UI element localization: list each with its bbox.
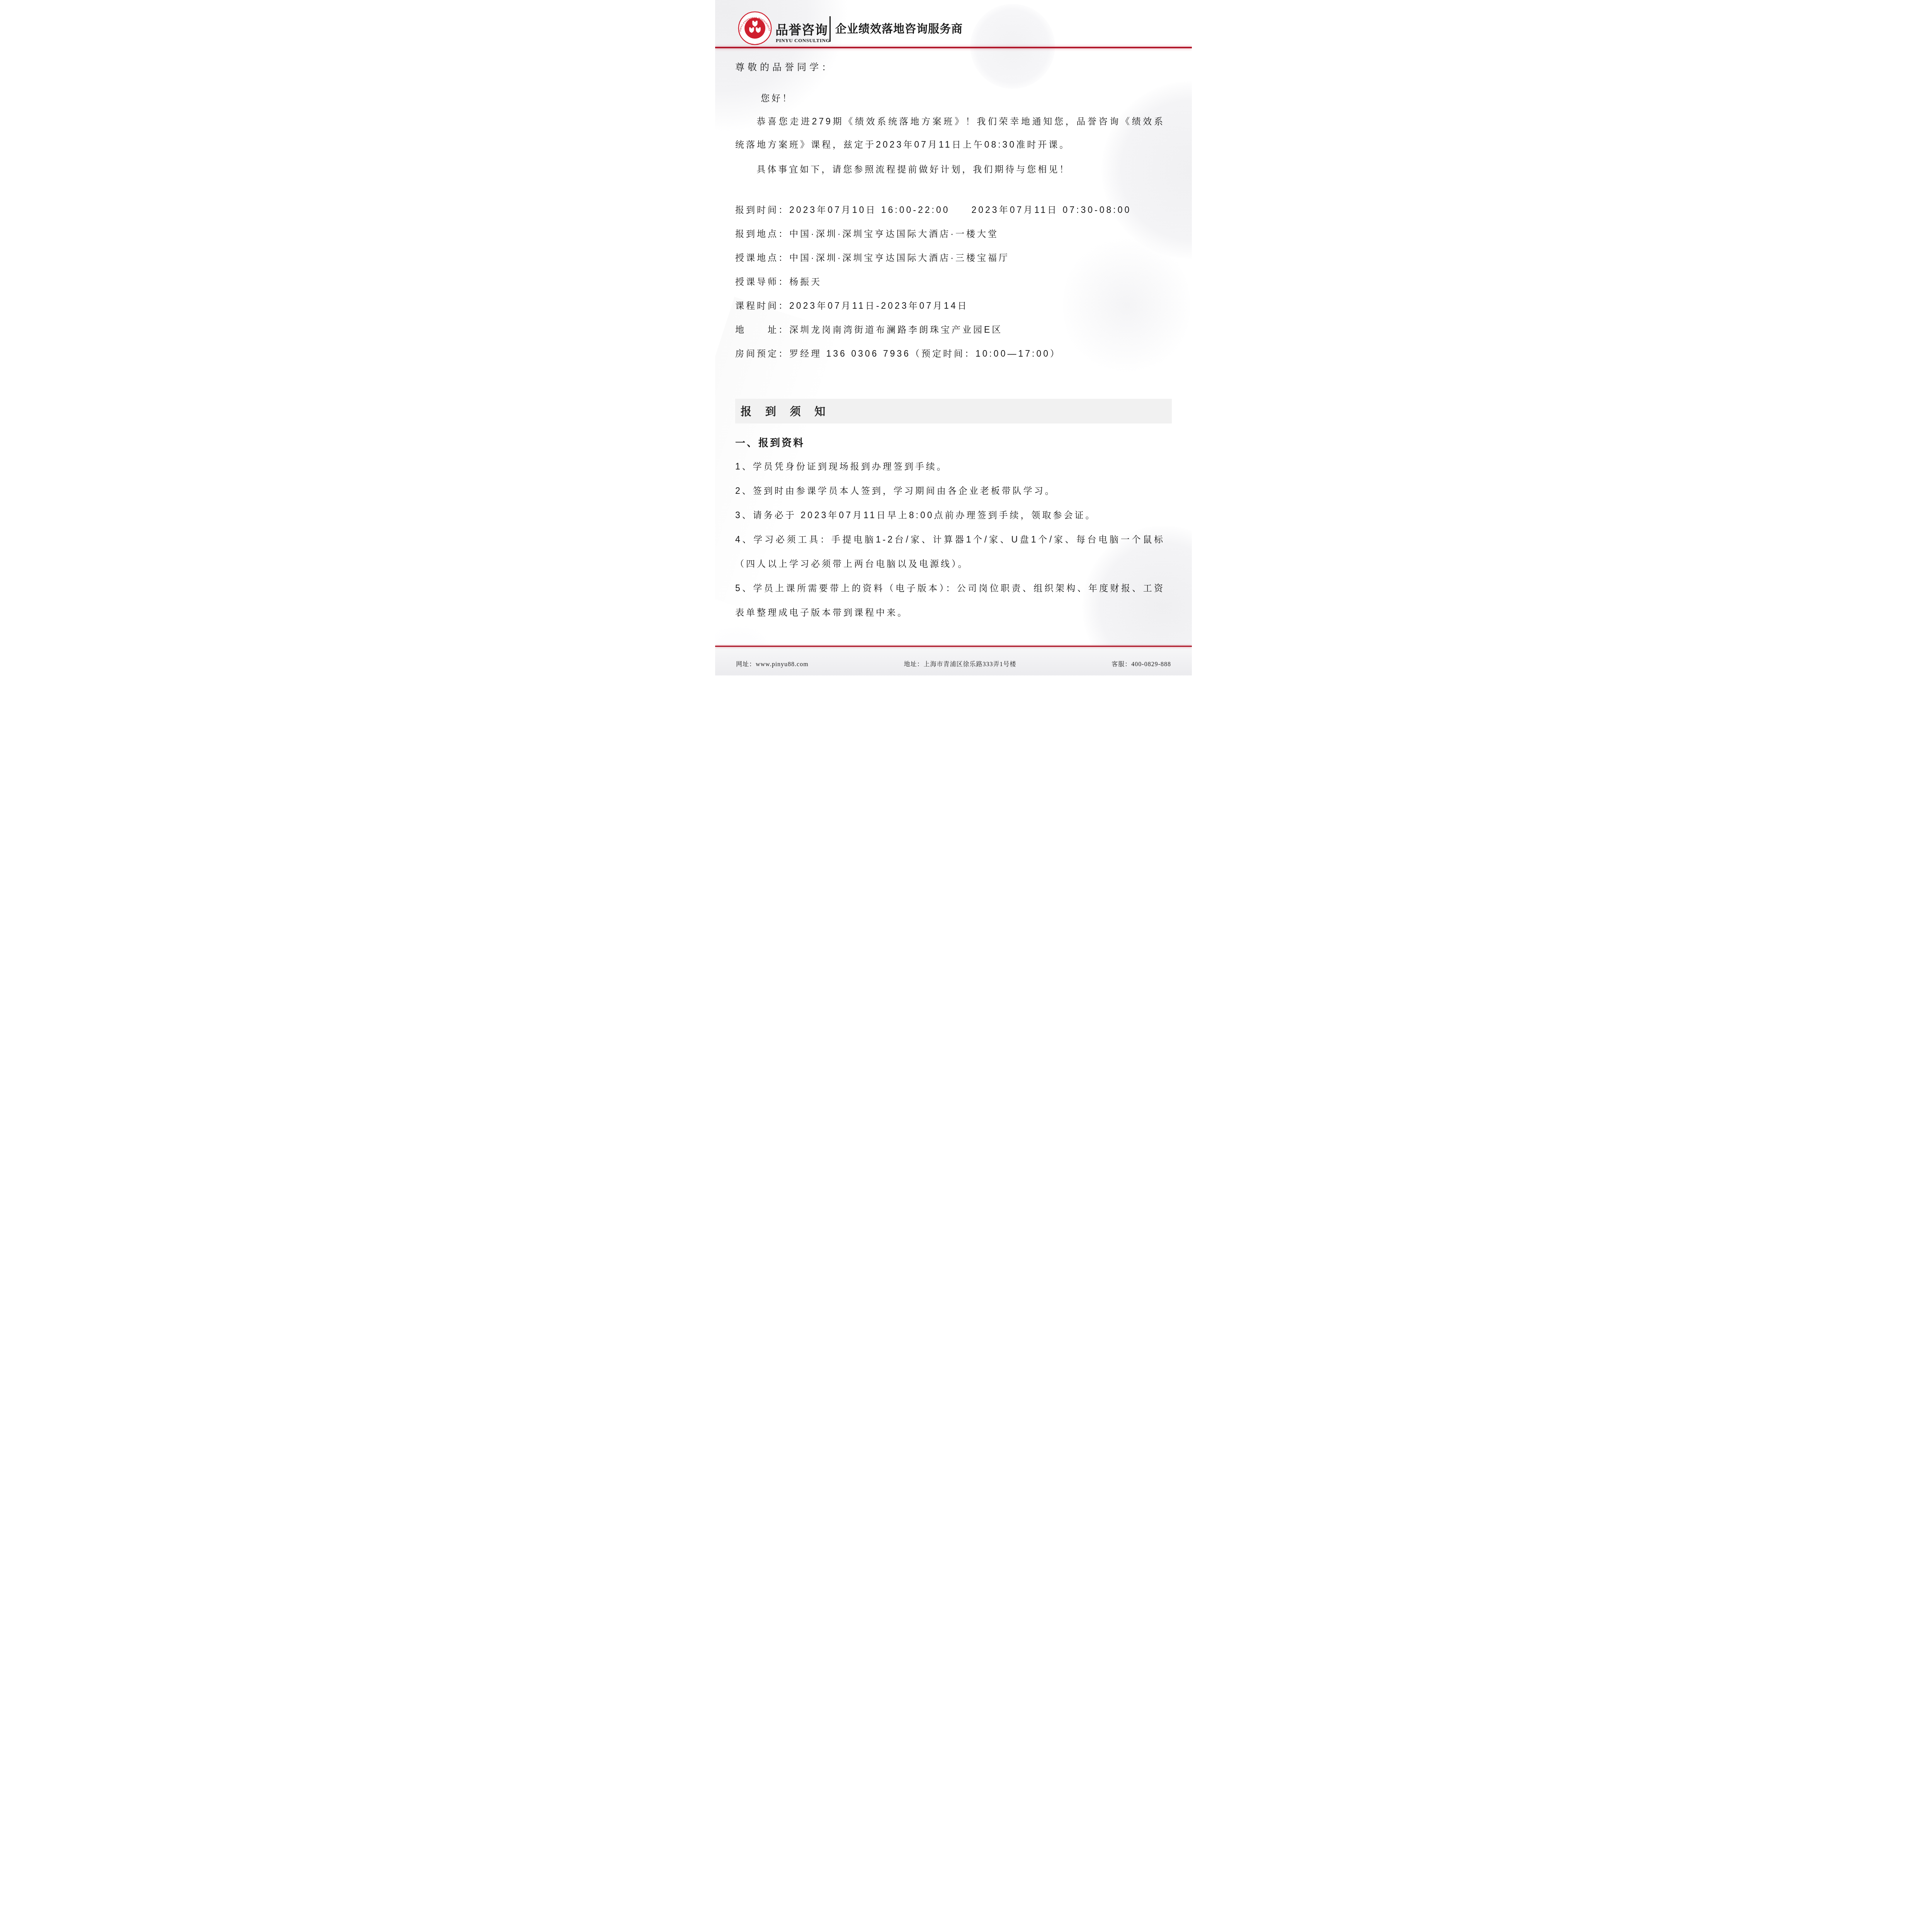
- notice-item-2: 2、签到时由参课学员本人签到，学习期间由各企业老板带队学习。: [735, 479, 1165, 503]
- notice-banner-title: 报 到 须 知: [735, 403, 831, 419]
- footer-red-rule: [715, 646, 1192, 647]
- section-title-materials: 一、报到资料: [735, 435, 805, 451]
- header: PINYU ENTERPRISE MANAGEMENT 2014 品誉咨询 PI…: [715, 0, 1192, 47]
- info-value: 杨振天: [789, 277, 822, 287]
- info-value: 2023年07月11日-2023年07月14日: [789, 301, 969, 311]
- info-value: 深圳龙岗南湾街道布澜路李朗珠宝产业园E区: [789, 325, 1003, 335]
- info-row-room-booking: 房间预定：罗经理 136 0306 7936（预定时间：10:00—17:00）: [735, 342, 1172, 366]
- brand-divider: [829, 16, 831, 42]
- info-label: 课程时间：: [735, 301, 789, 311]
- info-row-address: 地 址：深圳龙岗南湾街道布澜路李朗珠宝产业园E区: [735, 318, 1172, 342]
- notice-item-3: 3、请务必于 2023年07月11日早上8:00点前办理签到手续，领取参会证。: [735, 503, 1165, 527]
- letter-paragraph-1: 恭喜您走进279期《绩效系统落地方案班》！我们荣幸地通知您，品誉咨询《绩效系统落…: [735, 110, 1165, 156]
- brand-name-en: PINYU CONSULTING: [776, 37, 830, 44]
- brand-name-cn: 品誉咨询: [775, 22, 828, 38]
- salutation: 尊敬的品誉同学：: [735, 61, 1164, 74]
- footer: 网址：www.pinyu88.com 地址：上海市青浦区徐乐路333弄1号楼 客…: [715, 659, 1192, 668]
- course-info-list: 报到时间：2023年07月10日 16:00-22:00 2023年07月11日…: [735, 198, 1172, 366]
- info-row-checkin-place: 报到地点：中国·深圳·深圳宝亨达国际大酒店·一楼大堂: [735, 222, 1172, 246]
- info-row-course-time: 课程时间：2023年07月11日-2023年07月14日: [735, 294, 1172, 318]
- info-label: 房间预定：: [735, 349, 789, 359]
- footer-service-phone: 客服：400-0829-888: [1112, 659, 1171, 668]
- notice-banner: 报 到 须 知: [735, 399, 1172, 423]
- footer-address: 地址：上海市青浦区徐乐路333弄1号楼: [904, 659, 1016, 668]
- info-label: 报到地点：: [735, 229, 789, 239]
- info-value: 2023年07月10日 16:00-22:00 2023年07月11日 07:3…: [789, 205, 1131, 215]
- brand-tagline: 企业绩效落地咨询服务商: [835, 22, 963, 37]
- letter-paragraph-2: 具体事宜如下，请您参照流程提前做好计划，我们期待与您相见！: [735, 158, 1165, 181]
- info-value: 中国·深圳·深圳宝亨达国际大酒店·三楼宝福厅: [789, 253, 1010, 263]
- header-red-rule: [715, 47, 1192, 48]
- company-seal-icon: PINYU ENTERPRISE MANAGEMENT 2014: [738, 11, 772, 46]
- notice-item-4: 4、学习必须工具：手提电脑1-2台/家、计算器1个/家、U盘1个/家、每台电脑一…: [735, 527, 1165, 576]
- greeting: 您好！: [735, 92, 1190, 105]
- info-row-teacher: 授课导师：杨振天: [735, 270, 1172, 294]
- info-value: 罗经理 136 0306 7936（预定时间：10:00—17:00）: [789, 349, 1061, 359]
- info-row-class-place: 授课地点：中国·深圳·深圳宝亨达国际大酒店·三楼宝福厅: [735, 246, 1172, 270]
- info-value: 中国·深圳·深圳宝亨达国际大酒店·一楼大堂: [789, 229, 999, 239]
- document-page: PINYU ENTERPRISE MANAGEMENT 2014 品誉咨询 PI…: [715, 0, 1192, 675]
- footer-website: 网址：www.pinyu88.com: [736, 659, 809, 668]
- info-label: 授课地点：: [735, 253, 789, 263]
- info-label: 报到时间：: [735, 205, 789, 215]
- notice-item-1: 1、学员凭身份证到现场报到办理签到手续。: [735, 454, 1165, 479]
- info-label: 授课导师：: [735, 277, 789, 287]
- info-label: 地 址：: [735, 325, 789, 335]
- notice-item-5: 5、学员上课所需要带上的资料（电子版本）：公司岗位职责、组织架构、年度财报、工资…: [735, 576, 1165, 625]
- notice-item-list: 1、学员凭身份证到现场报到办理签到手续。 2、签到时由参课学员本人签到，学习期间…: [735, 454, 1165, 625]
- info-row-checkin-time: 报到时间：2023年07月10日 16:00-22:00 2023年07月11日…: [735, 198, 1172, 222]
- letter-body: 尊敬的品誉同学： 您好！ 恭喜您走进279期《绩效系统落地方案班》！我们荣幸地通…: [715, 0, 1192, 675]
